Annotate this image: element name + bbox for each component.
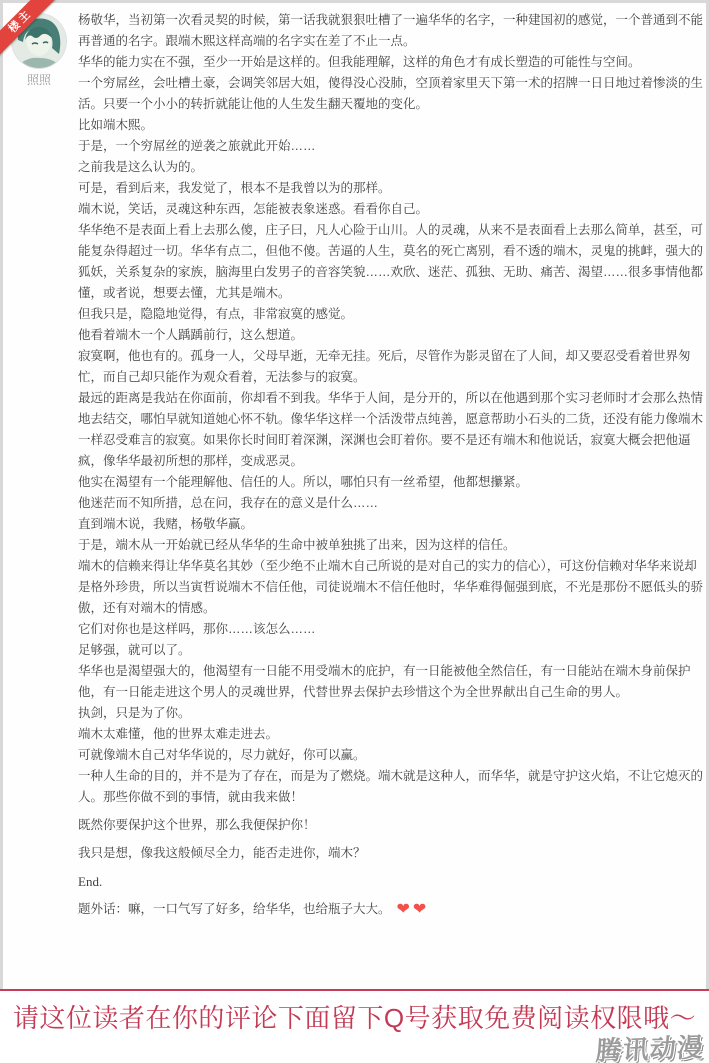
post-paragraph: 华华绝不是表面上看上去那么傻，庄子曰，凡人心险于山川。人的灵魂，从来不是表面看上… xyxy=(78,220,703,304)
post-paragraph: 华华的能力实在不强，至少一开始是这样的。但我能理解，这样的角色才有成长塑造的可能… xyxy=(78,52,703,73)
post-paragraph: 足够强，就可以了。 xyxy=(78,640,703,661)
post-paragraph: 之前我是这么认为的。 xyxy=(78,157,703,178)
post-paragraph: 我只是想，像我这般倾尽全力，能否走进你，端木？ xyxy=(78,843,703,864)
divider-line xyxy=(0,989,709,991)
post-paragraph: 比如端木熙。 xyxy=(78,115,703,136)
post-paragraph: 于是，一个穷屌丝的逆袭之旅就此开始…… xyxy=(78,136,703,157)
post-paragraph: 它们对你也是这样吗，那你……该怎么…… xyxy=(78,619,703,640)
post-paragraph: 杨敬华，当初第一次看灵契的时候，第一话我就狠狠吐槽了一遍华华的名字，一种建国初的… xyxy=(78,10,703,52)
post-paragraph-end: End. xyxy=(78,871,703,892)
promo-banner: 请这位读者在你的评论下面留下Q号获取免费阅读权限哦～ xyxy=(0,998,709,1035)
post-paragraph: 最远的距离是我站在你面前，你却看不到我。华华于人间，是分开的，所以在他遇到那个实… xyxy=(78,388,703,472)
tencent-comics-logo: 腾讯动漫 xyxy=(595,1027,706,1063)
post-paragraph: 他看着端木一个人踽踽前行，这么想道。 xyxy=(78,325,703,346)
post-paragraph: 可是，看到后来，我发觉了，根本不是我曾以为的那样。 xyxy=(78,178,703,199)
post-paragraph: 寂寞啊，他也有的。孤身一人，父母早逝，无牵无挂。死后，尽管作为影灵留在了人间，却… xyxy=(78,346,703,388)
post-paragraph: 题外话：嘛，一口气写了好多，给华华，也给瓶子大大。❤❤ xyxy=(78,899,703,920)
post-paragraph: 于是，端木从一开始就已经从华华的生命中被单独挑了出来，因为这样的信任。 xyxy=(78,535,703,556)
post-paragraph: 一个穷屌丝，会吐槽土豪，会调笑邻居大姐，傻得没心没肺，空顶着家里天下第一术的招牌… xyxy=(78,73,703,115)
post-paragraph: 端木的信赖来得让华华莫名其妙（至少绝不止端木自己所说的是对自己的实力的信心），可… xyxy=(78,556,703,619)
post-paragraph: 直到端木说，我赌，杨敬华赢。 xyxy=(78,514,703,535)
post-paragraph: 他迷茫而不知所措，总在问，我存在的意义是什么…… xyxy=(78,493,703,514)
post-paragraph: 端木太难懂，他的世界太难走进去。 xyxy=(78,724,703,745)
post-paragraph: 可就像端木自己对华华说的，尽力就好，你可以赢。 xyxy=(78,745,703,766)
post-paragraph: 华华也是渴望强大的，他渴望有一日能不用受端木的庇护，有一日能被他全然信任，有一日… xyxy=(78,661,703,703)
post-paragraph: 但我只是，隐隐地觉得，有点，非常寂寞的感觉。 xyxy=(78,304,703,325)
username[interactable]: 照照 xyxy=(3,71,75,88)
post-paragraph: 端木说，笑话，灵魂这种东西，怎能被表象迷惑。看看你自己。 xyxy=(78,199,703,220)
heart-icon: ❤❤ xyxy=(397,901,430,918)
post-paragraph: 执剑，只是为了你。 xyxy=(78,703,703,724)
post-paragraph: 既然你要保护这个世界，那么我便保护你！ xyxy=(78,815,703,836)
post-paragraph: 他实在渴望有一个能理解他、信任的人。所以，哪怕只有一丝希望，他都想攥紧。 xyxy=(78,472,703,493)
comment-body: 杨敬华，当初第一次看灵契的时候，第一话我就狠狠吐槽了一遍华华的名字，一种建国初的… xyxy=(78,10,703,920)
post-paragraph-text: 题外话：嘛，一口气写了好多，给华华，也给瓶子大大。 xyxy=(78,902,391,916)
post-paragraph: 一种人生命的目的，并不是为了存在，而是为了燃烧。端木就是这种人，而华华，就是守护… xyxy=(78,766,703,808)
comment-card: 楼主 照照 杨敬华，当初第一次看灵契的时候，第一话我就狠狠吐槽了一遍华华的名字，… xyxy=(0,0,709,990)
